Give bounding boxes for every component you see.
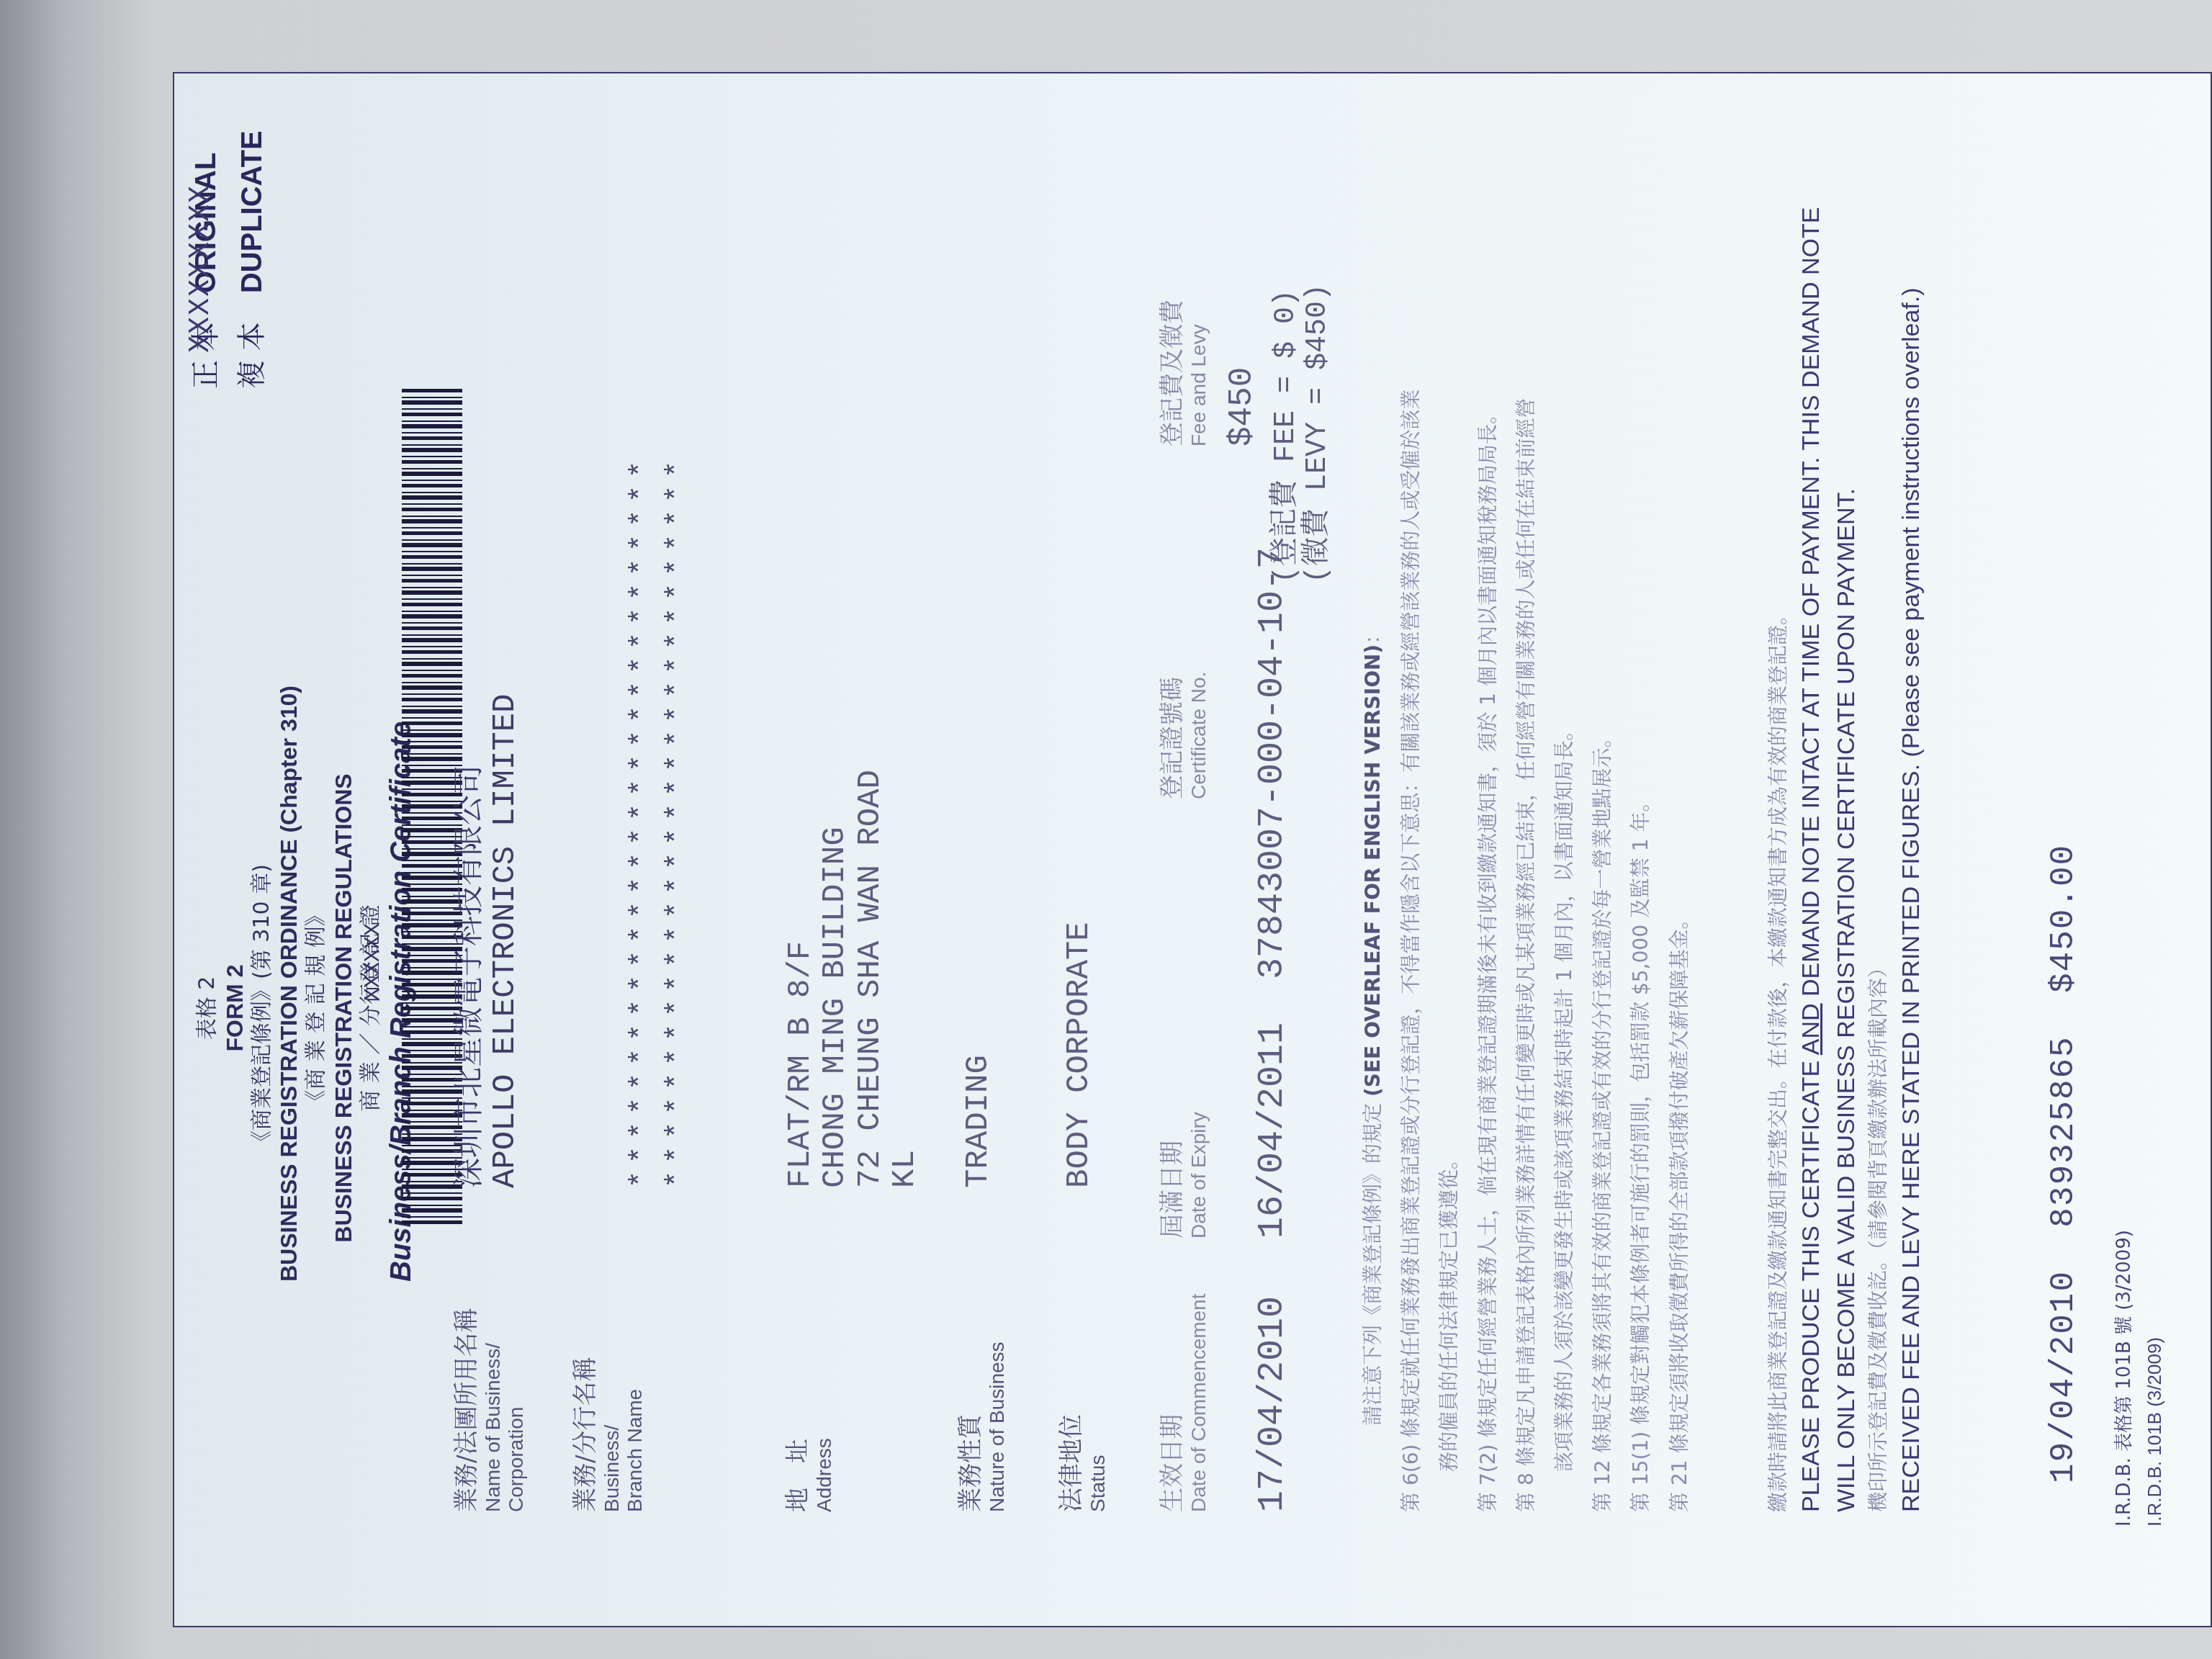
notice-heading: 請注意下列《商業登記條例》的規定 (SEE OVERLEAF FOR ENGLI… [1354, 390, 1392, 1512]
notice-item: 第 21 條規定須將收取徵費所得的全部款項撥付破產欠薪保障基金。 [1660, 390, 1699, 1512]
duplicate-en: DUPLICATE [236, 130, 268, 293]
branch-overprint: XXXXXX [361, 923, 387, 1001]
payment-note-cn-1: 繳款時請將此商業登記證及繳款通知書完整交出。在付款後，本繳款通知書方成為有效的商… [1764, 207, 1794, 1512]
duplicate-cn: 複 本 [235, 322, 269, 389]
regulations-cn: 《商 業 登 記 規 例》 [303, 734, 330, 1282]
label-name-of-business: 業務/法團所用名稱 Name of Business/ Corporation [446, 1210, 528, 1512]
levy-value: = $450) [1302, 284, 1334, 405]
notice-item: 務的僱員的任何法律規定已獲遵從。 [1430, 390, 1468, 1512]
payment-note-en-3: RECEIVED FEE AND LEVY HERE STATED IN PRI… [1894, 207, 1929, 1512]
notice-item: 第 7(2) 條規定任何經營業務人士，倘在現有商業登記證期滿後未有收到繳款通知書… [1469, 390, 1507, 1512]
legal-notice: 請注意下列《商業登記條例》的規定 (SEE OVERLEAF FOR ENGLI… [1354, 390, 1699, 1512]
value-address: FLAT/RM B 8/F CHONG MING BUILDING 72 CHE… [783, 770, 923, 1188]
notice-item: 第 12 條規定各業務須將其有效的商業登記證或有效的分行登記證於每一營業地點展示… [1583, 390, 1622, 1512]
label-branch-name: 業務/分行名稱 Business/ Branch Name [565, 1357, 647, 1512]
business-registration-certificate: 正 本ORIGINAL XXXXXXXXX 複 本DUPLICATE 表格 2 … [173, 72, 2212, 1627]
certificate-title-cn: 商 業 ／ 分行登 記 證 XXXXXX [358, 734, 385, 1282]
notice-item: 第 6(6) 條規定就任何業務發出商業登記證或分行登記證，不得當作隱含以下意思：… [1392, 390, 1430, 1512]
copy-type-block: 正 本ORIGINAL XXXXXXXXX 複 本DUPLICATE [187, 130, 271, 389]
label-nature-of-business: 業務性質 Nature of Business [950, 1341, 1009, 1512]
levy-label: (徵費 LEVY [1302, 422, 1334, 583]
ordinance-cn: 《商業登記條例》(第 310 章) [249, 734, 276, 1282]
ordinance-en: BUSINESS REGISTRATION ORDINANCE (Chapter… [275, 734, 303, 1282]
notice-item: 該項業務的人須於該變更發生時或該項業務結束時起計 1 個月內，以書面通知局長。 [1545, 390, 1583, 1512]
value-nature-of-business: TRADING [961, 1055, 996, 1188]
payment-instructions: 繳款時請將此商業登記證及繳款通知書完整交出。在付款後，本繳款通知書方成為有效的商… [1764, 207, 1929, 1512]
payment-receipt-line: 19/04/2010 839325865 $450.00 [2045, 844, 2082, 1483]
fee-value: = $ 0) [1270, 289, 1303, 393]
value-date-of-commencement: 17/04/2010 [1253, 1296, 1292, 1512]
receipt-amount: $450.00 [2045, 844, 2082, 993]
value-name-of-business: 深圳市北星微電子科技有限公司 APOLLO ELECTRONICS LIMITE… [445, 693, 523, 1188]
payment-note-en-1: PLEASE PRODUCE THIS CERTIFICATE AND DEMA… [1794, 207, 1829, 1512]
fee-breakdown: (登記費 FEE = $ 0) (徵費 LEVY = $450) [1271, 284, 1334, 583]
value-fee-total: $450 [1224, 367, 1261, 446]
original-overprint: XXXXXXXXX [183, 184, 220, 353]
label-date-of-commencement: 生效日期 Date of Commencement [1152, 1294, 1210, 1512]
payment-note-cn-2: 機印所示登記費及徵費收訖。（請參閱背頁繳款辦法所載內容） [1864, 207, 1894, 1512]
receipt-number: 839325865 [2045, 1035, 2082, 1227]
fee-label: (登記費 FEE [1270, 410, 1303, 583]
form-number-cn: 表格 2 [194, 734, 221, 1282]
receipt-date: 19/04/2010 [2045, 1270, 2082, 1483]
payment-note-en-2: WILL ONLY BECOME A VALID BUSINESS REGIST… [1829, 207, 1864, 1512]
label-certificate-no: 登記證號碼 Certificate No. [1152, 672, 1210, 799]
label-date-of-expiry: 屆滿日期 Date of Expiry [1152, 1112, 1210, 1238]
notice-item: 第 15(1) 條規定對觸犯本條例者可施行的罰則，包括罰款 $5,000 及監禁… [1622, 390, 1660, 1512]
label-fee-and-levy: 登記費及徵費 Fee and Levy [1152, 300, 1210, 446]
value-status: BODY CORPORATE [1062, 922, 1097, 1188]
label-address: 地 址 Address [778, 1438, 836, 1512]
value-branch-name: ****************************** *********… [625, 454, 697, 1188]
form-reference: I.R.D.B. 表格第 101B 號 (3/2009) I.R.D.B. 10… [2110, 1230, 2170, 1527]
value-date-of-expiry: 16/04/2011 [1253, 1022, 1292, 1238]
value-certificate-no: 37843007-000-04-10-7 [1253, 547, 1292, 979]
form-number-en: FORM 2 [221, 734, 249, 1282]
title-block: 表格 2 FORM 2 《商業登記條例》(第 310 章) BUSINESS R… [194, 734, 419, 1282]
regulations-en: BUSINESS REGISTRATION REGULATIONS [330, 734, 358, 1282]
notice-item: 第 8 條規定凡申請登記表格內所列業務詳情有任何變更時或凡某項業務經已結束，任何… [1507, 390, 1545, 1512]
label-status: 法律地位 Status [1051, 1414, 1110, 1512]
